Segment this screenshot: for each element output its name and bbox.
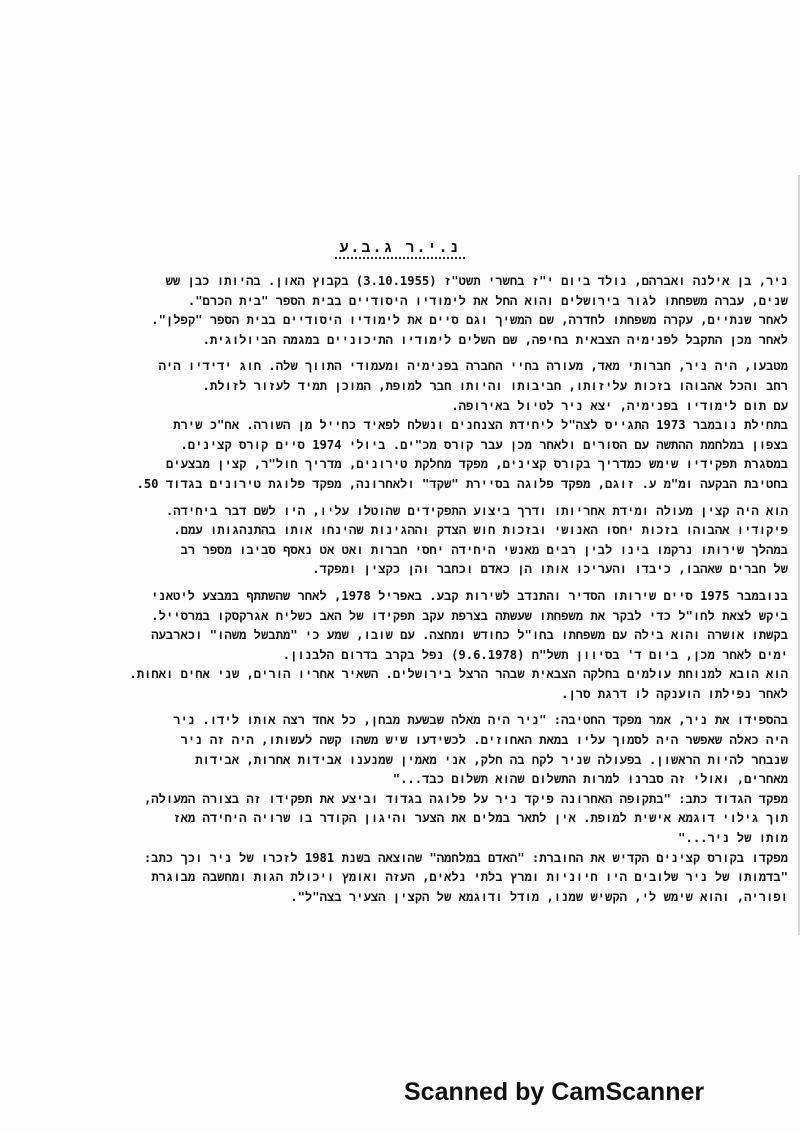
text-line: הוא הובא למנוחת עולמים בחלקה הצבאית שבהר… bbox=[42, 665, 788, 685]
text-line: ביקש לצאת לחו"ל כדי לבקר את משפחתו שעשתה… bbox=[42, 607, 788, 627]
text-line: מפקדו בקורס קצינים הקדיש את החוברת: "האד… bbox=[42, 849, 788, 869]
text-line: של חברים שאהבו, כיבדו והעריכו אותו הן כא… bbox=[42, 560, 788, 580]
text-line: שנים, עברה משפחתו לגור בירושלים והוא החל… bbox=[42, 292, 788, 312]
camscanner-watermark: Scanned by CamScanner bbox=[404, 1078, 704, 1107]
text-line: מאחרים, ואולי זה סברנו למרות התשלום שהוא… bbox=[42, 770, 788, 790]
text-line: במסגרת תפקידיו שימש כמדריך בקורס קצינים,… bbox=[42, 455, 788, 475]
text-line: לאחר נפילתו הוענקה לו דרגת סרן. bbox=[42, 685, 788, 705]
paragraph: בהספידו את ניר, אמר מפקד החטיבה: "ניר הי… bbox=[42, 711, 788, 907]
text-line: בנובמבר 1975 סיים שירותו הסדיר והתנדב לש… bbox=[42, 587, 788, 607]
document-title-text: נ.י.ר ג.ב.ע bbox=[335, 238, 464, 259]
text-line: הוא היה קצין מעולה ומידת אחריותו ודרך בי… bbox=[42, 502, 788, 522]
text-line: בצפון במלחמת ההתשה עם הסורים ולאחר מכן ע… bbox=[42, 436, 788, 456]
text-line: מפקד הגדוד כתב: "בתקופה האחרונה פיקד ניר… bbox=[42, 790, 788, 810]
paragraph: מטבעו, היה ניר, חברותי מאד, מעורה בחיי ה… bbox=[42, 357, 788, 494]
document-title: נ.י.ר ג.ב.ע bbox=[0, 238, 800, 257]
text-line: ניר, בן אילנה ואברהם, נולד ביום י"ז בחשר… bbox=[42, 272, 788, 292]
text-line: היה כאלה שאפשר היה לסמוך עליו במאת האחוז… bbox=[42, 731, 788, 751]
text-line: מותו של ניר..." bbox=[42, 829, 788, 849]
text-line: בתחילת נובמבר 1973 התגייס לצה"ל ליחידת ה… bbox=[42, 416, 788, 436]
text-line: בקשתו אושרה והוא בילה עם משפחתו בחו"ל כח… bbox=[42, 626, 788, 646]
paragraph: הוא היה קצין מעולה ומידת אחריותו ודרך בי… bbox=[42, 502, 788, 580]
text-line: שנבחר להיות הראשון. בפעולה שניר לקח בה ח… bbox=[42, 751, 788, 771]
text-line: לאחר מכן התקבל לפנימיה הצבאית בחיפה, שם … bbox=[42, 331, 788, 351]
text-line: במהלך שירותו נרקמו בינו לבין רבים מאנשי … bbox=[42, 541, 788, 561]
text-line: פיקודיו אהבוהו בזכות יחסו האנושי ובזכות … bbox=[42, 521, 788, 541]
paragraph: בנובמבר 1975 סיים שירותו הסדיר והתנדב לש… bbox=[42, 587, 788, 705]
text-line: מטבעו, היה ניר, חברותי מאד, מעורה בחיי ה… bbox=[42, 357, 788, 377]
text-line: עם תום לימודיו בפנימיה, יצא ניר לטיול בא… bbox=[42, 397, 788, 417]
text-line: ימים לאחר מכן, ביום ד' בסיוון תשל"ח (9.6… bbox=[42, 646, 788, 666]
text-line: בהספידו את ניר, אמר מפקד החטיבה: "ניר הי… bbox=[42, 711, 788, 731]
document-body: ניר, בן אילנה ואברהם, נולד ביום י"ז בחשר… bbox=[42, 272, 788, 914]
text-line: תוך גילוי דוגמא אישית למופת. אין לתאר במ… bbox=[42, 809, 788, 829]
paragraph: ניר, בן אילנה ואברהם, נולד ביום י"ז בחשר… bbox=[42, 272, 788, 350]
text-line: בחטיבת הבקעה ומ"מ ע. זוגם, מפקד פלוגה בס… bbox=[42, 475, 788, 495]
text-line: רחב והכל אהבוהו בזכות עליזותו, חביבותו ו… bbox=[42, 377, 788, 397]
text-line: ופוריה, והוא שימש לי, הקשיש שמנו, מודל ו… bbox=[42, 888, 788, 908]
text-line: "בדמותו של ניר שלובים היו חיוניות ומרץ ב… bbox=[42, 868, 788, 888]
text-line: לאחר שנתיים, עקרה משפחתו לחדרה, שם המשיך… bbox=[42, 311, 788, 331]
